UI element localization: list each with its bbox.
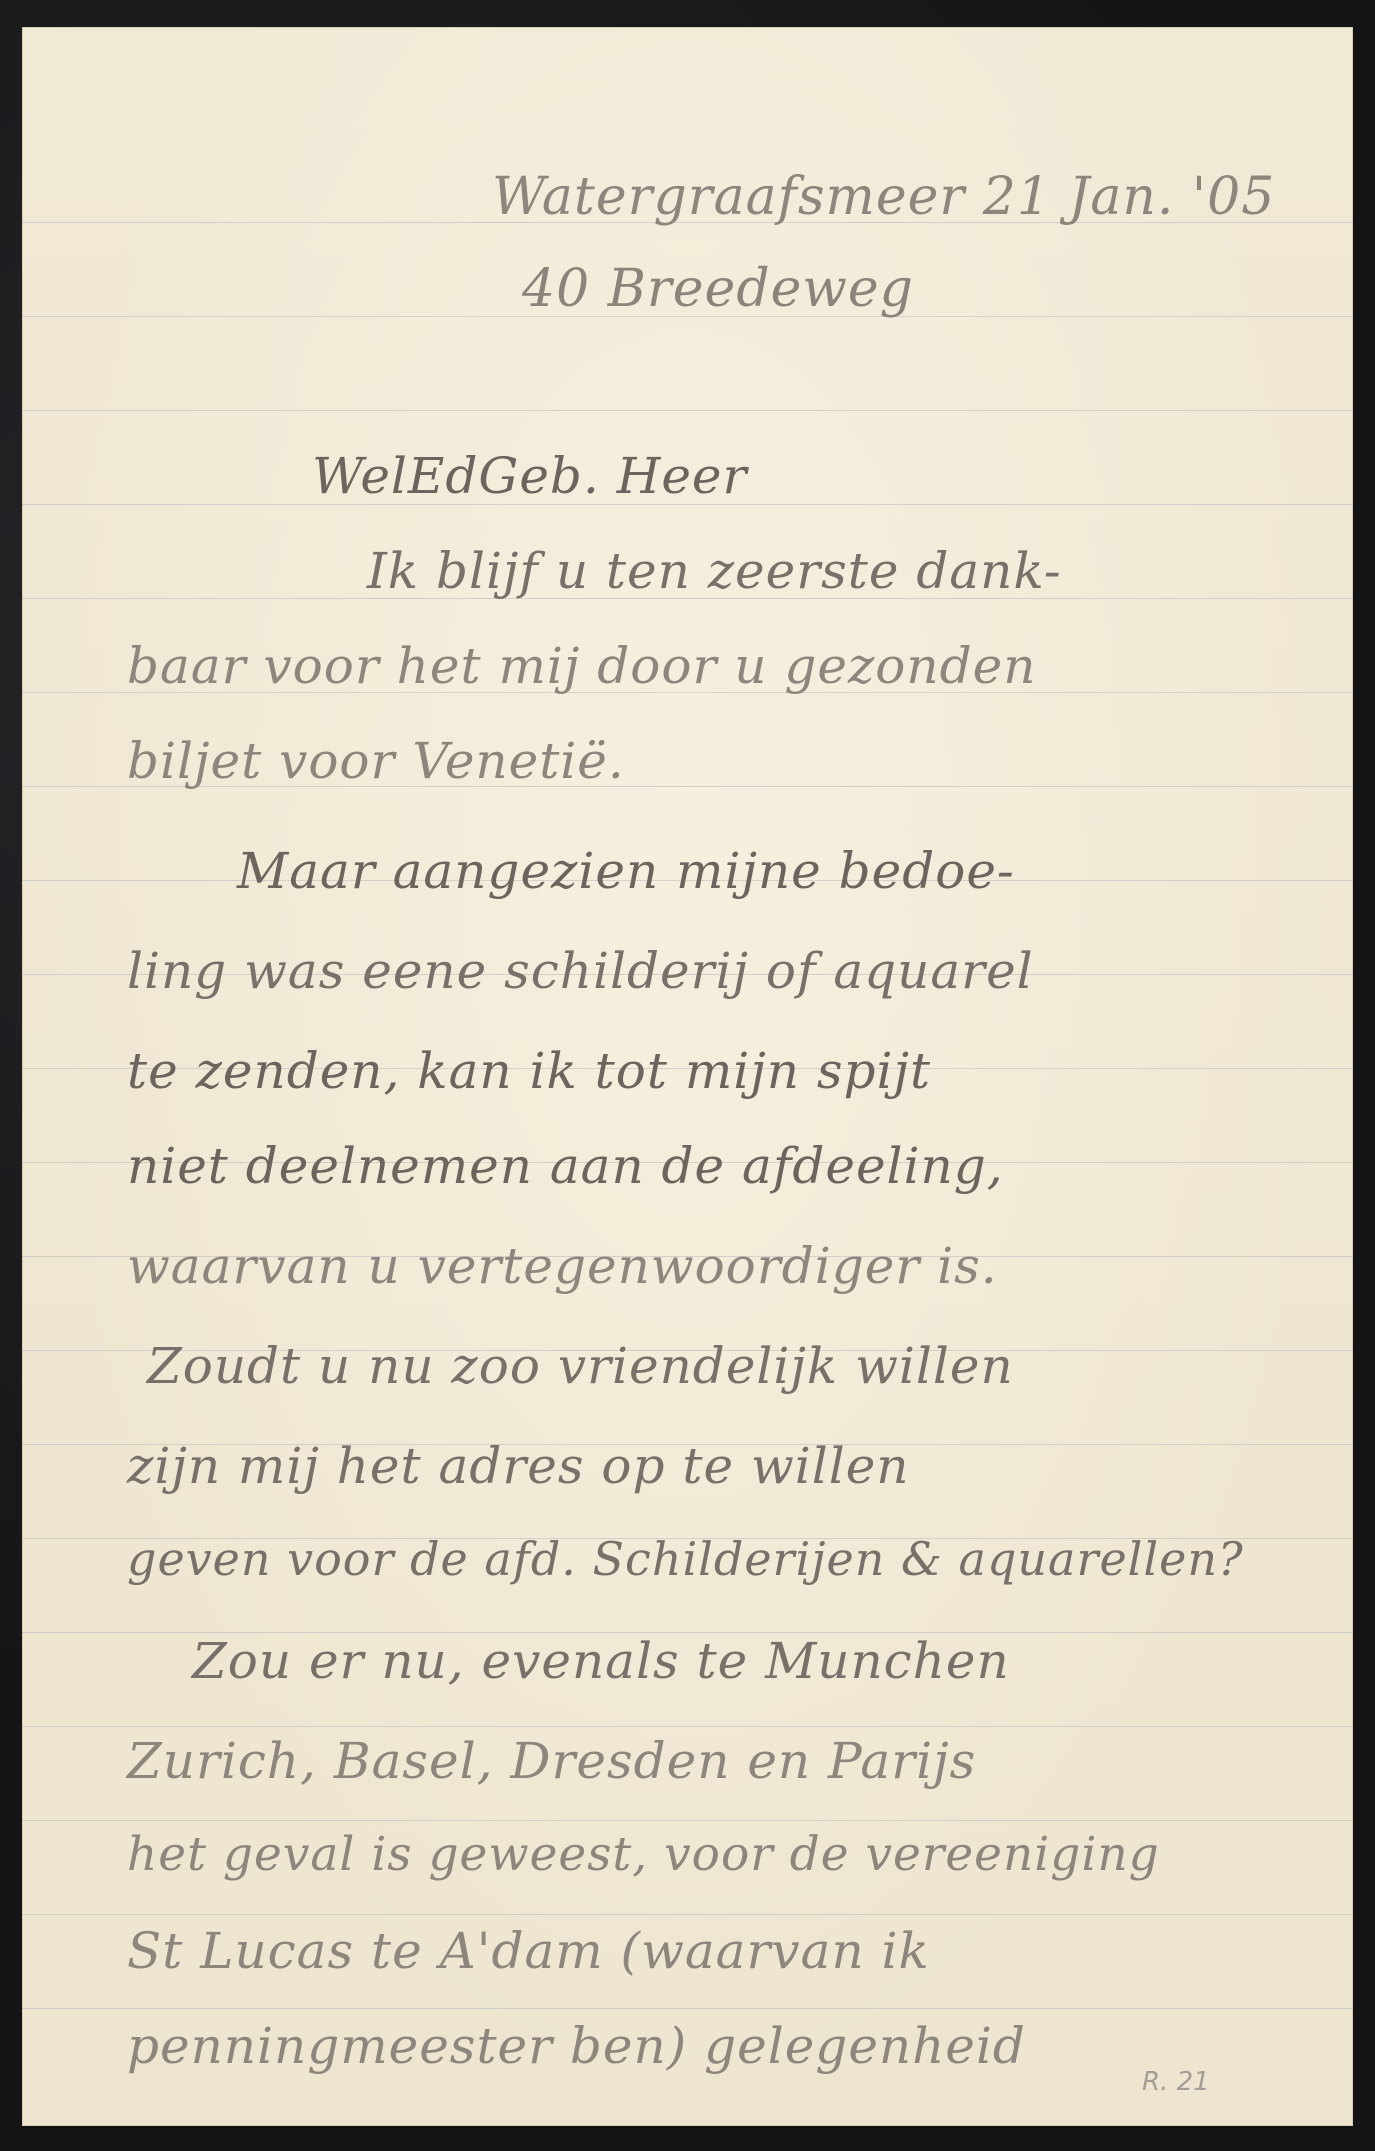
letter-line: niet deelnemen aan de afdeeling, [127, 1137, 1004, 1195]
ruled-line [22, 1914, 1353, 1915]
letter-line: geven voor de afd. Schilderijen & aquare… [127, 1532, 1244, 1586]
letter-line: waarvan u vertegenwoordiger is. [127, 1237, 998, 1295]
letter-line: zijn mij het adres op te willen [127, 1437, 910, 1495]
place-date: Watergraafsmeer 21 Jan. '05 [492, 167, 1275, 227]
ruled-line [22, 2008, 1353, 2009]
letter-line: Zurich, Basel, Dresden en Parijs [127, 1732, 976, 1790]
letter-line: ling was eene schilderij of aquarel [127, 942, 1034, 1000]
letter-line: te zenden, kan ik tot mijn spijt [127, 1042, 931, 1100]
salutation: WelEdGeb. Heer [312, 447, 747, 505]
letter-page: Watergraafsmeer 21 Jan. '05 40 Breedeweg… [22, 27, 1353, 2126]
letter-line: St Lucas te A'dam (waarvan ik [127, 1922, 930, 1980]
ruled-line [22, 410, 1353, 411]
letter-line: biljet voor Venetië. [127, 732, 625, 790]
letter-line: Zoudt u nu zoo vriendelijk willen [147, 1337, 1014, 1395]
letter-line: Maar aangezien mijne bedoe- [237, 842, 1015, 900]
letter-line: penningmeester ben) gelegenheid [127, 2017, 1026, 2075]
letter-line: Zou er nu, evenals te Munchen [192, 1632, 1010, 1690]
ruled-line [22, 1820, 1353, 1821]
ruled-line [22, 1726, 1353, 1727]
address: 40 Breedeweg [522, 259, 914, 319]
letter-line: Ik blijf u ten zeerste dank- [367, 542, 1062, 600]
letter-line: baar voor het mij door u gezonden [127, 637, 1036, 695]
pencil-annotation: R. 21 [1142, 2067, 1210, 2097]
letter-line: het geval is geweest, voor de vereenigin… [127, 1827, 1160, 1882]
